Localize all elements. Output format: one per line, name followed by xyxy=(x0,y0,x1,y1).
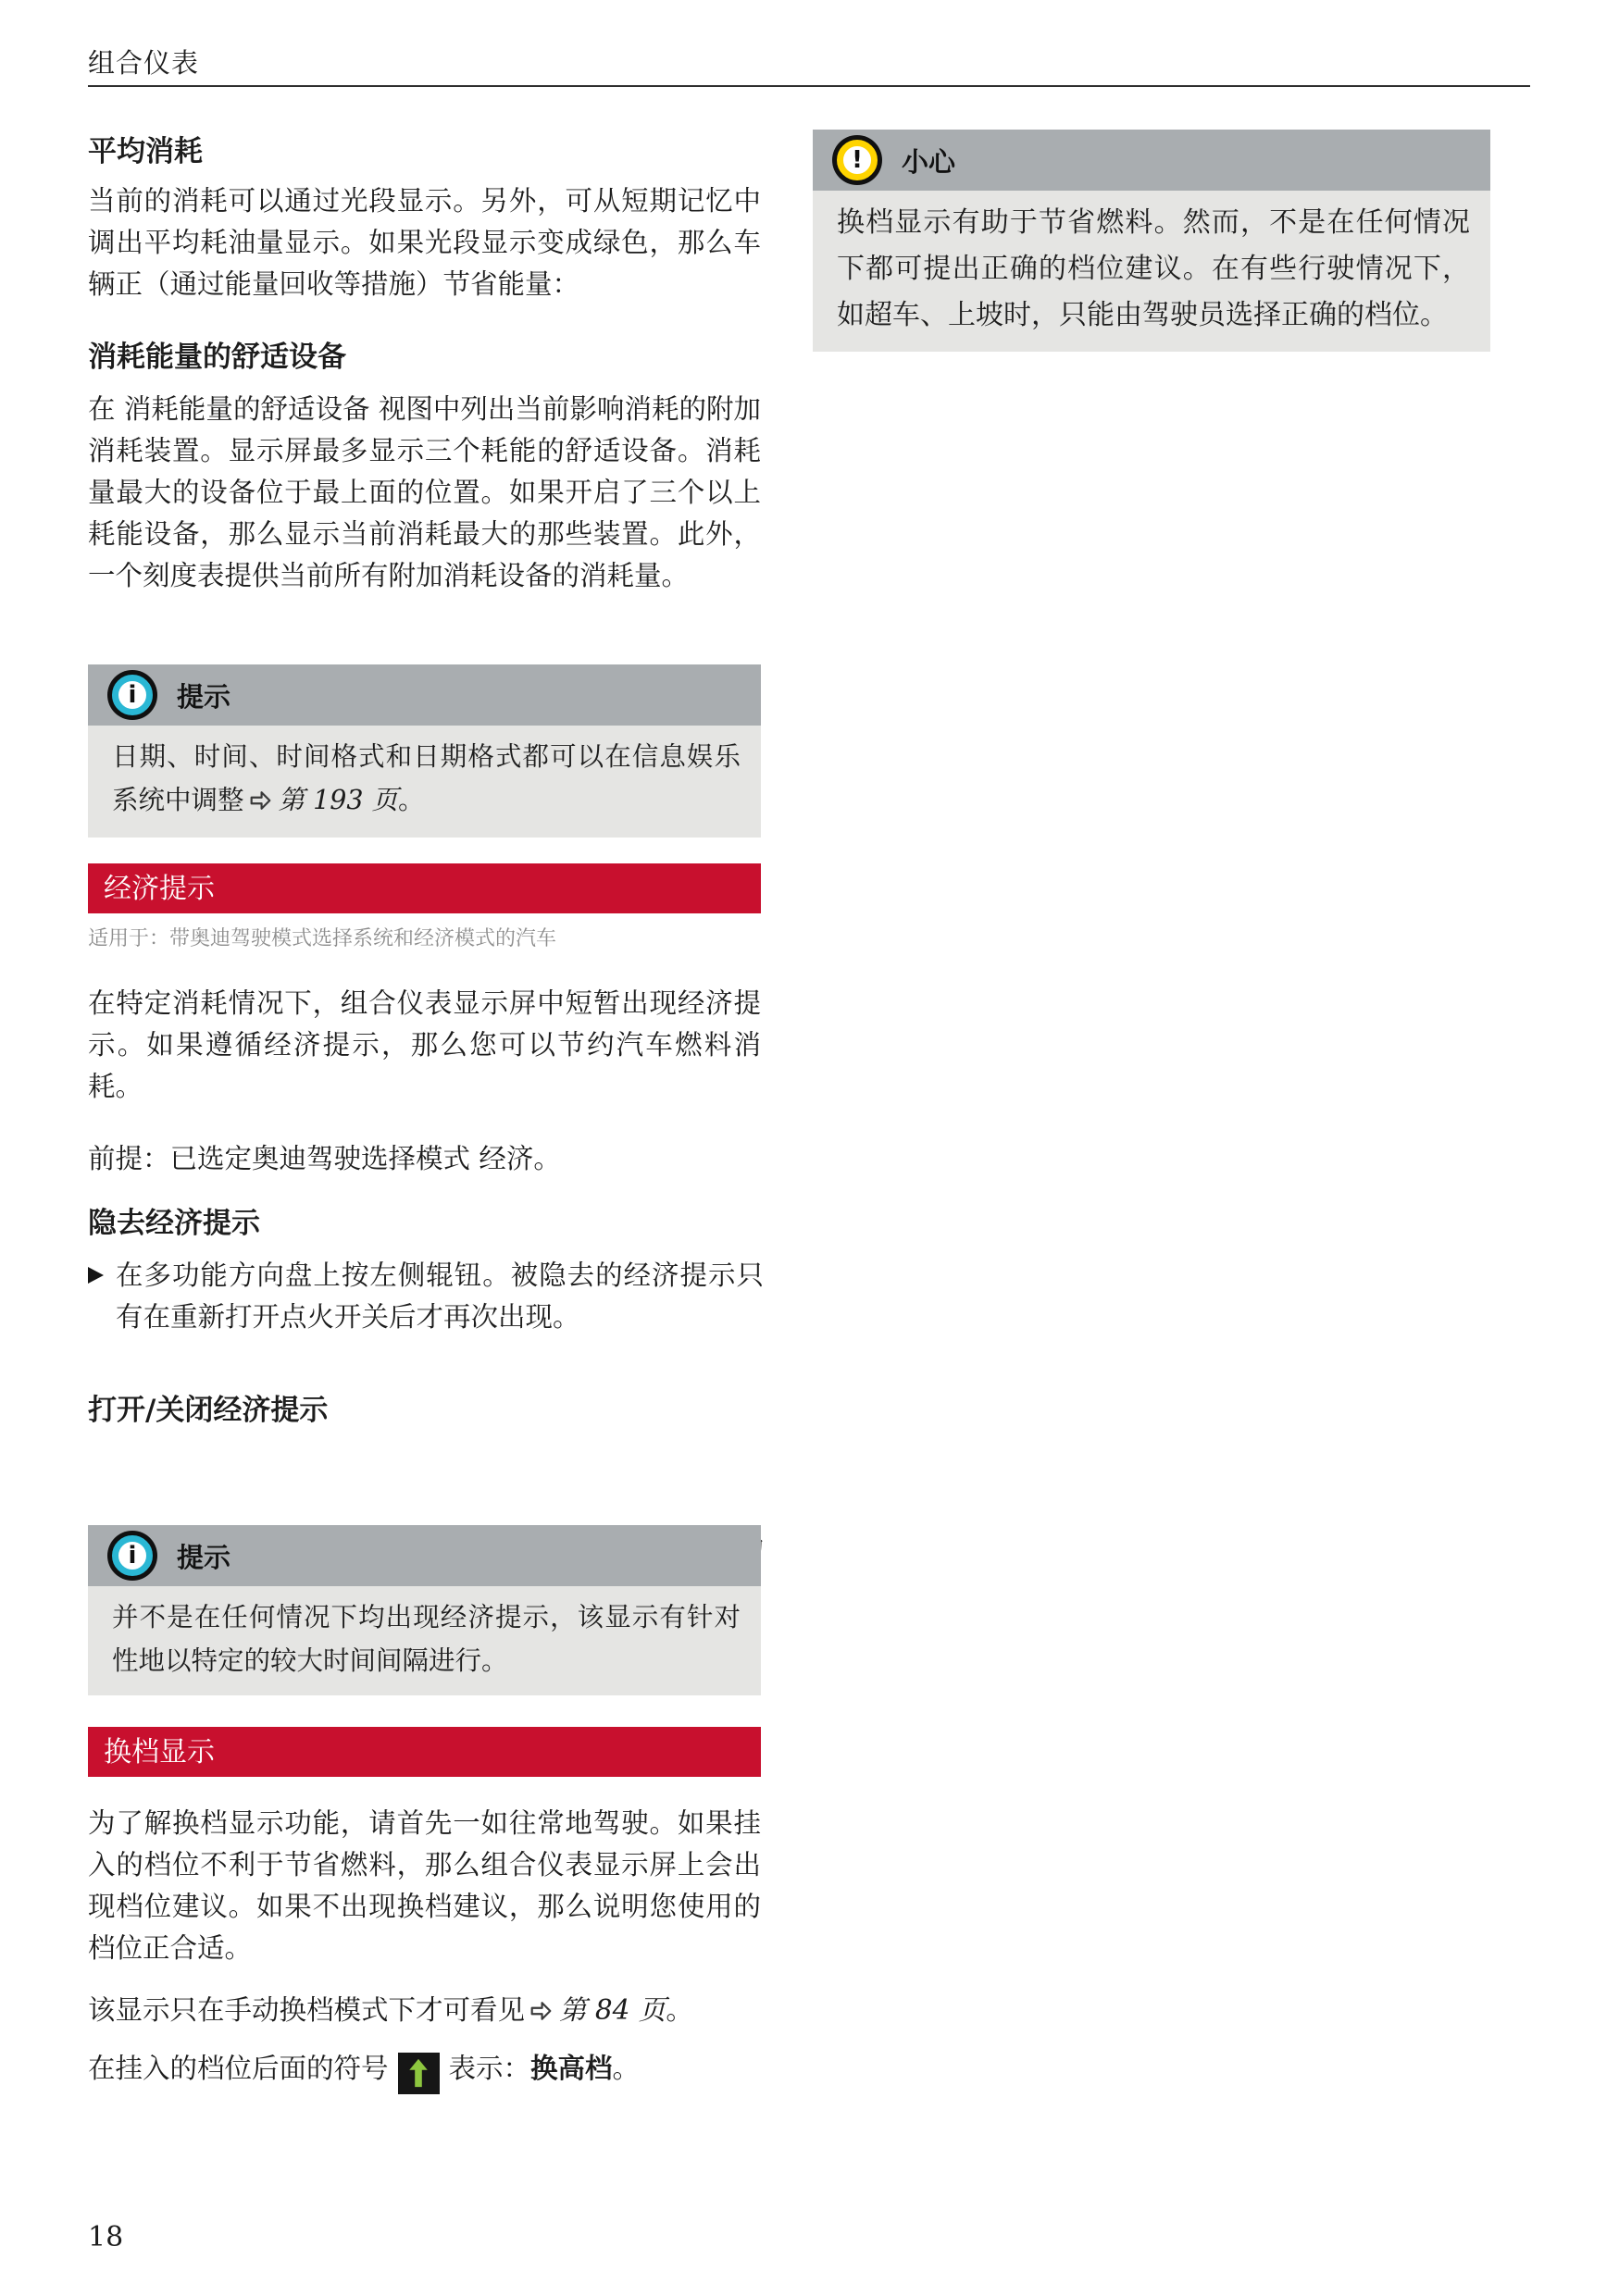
note-header: i 提示 xyxy=(88,664,761,726)
section-banner-eco-tips: 经济提示 xyxy=(88,863,761,913)
menu-item-reference: 消耗能量的舒适设备 xyxy=(124,393,370,425)
upshift-arrow-icon xyxy=(398,2053,440,2094)
info-icon: i xyxy=(112,675,153,715)
text-run: 在挂入的档位后面的符号 xyxy=(88,2053,389,2084)
bullet-hide-eco-tip: 在多功能方向盘上按左侧辊钮。被隐去的经济提示只有在重新打开点火开关后才再次出现。 xyxy=(88,1255,764,1338)
bullet-triangle-icon xyxy=(88,1267,104,1284)
caution-icon-glyph: ! xyxy=(852,148,863,172)
note-box-datetime: i 提示 日期、时间、时间格式和日期格式都可以在信息娱乐系统中调整第 193 页… xyxy=(88,664,761,838)
caution-title: 小心 xyxy=(902,142,955,180)
page-reference-arrow-icon xyxy=(529,1992,554,2034)
text-run: 前提：已选定奥迪驾驶选择模式 xyxy=(88,1143,479,1174)
subheading-hide-eco-tip: 隐去经济提示 xyxy=(88,1199,260,1241)
paragraph-shift-display: 为了解换档显示功能，请首先一如往常地驾驶。如果挂入的档位不利于节省燃料，那么组合… xyxy=(88,1803,761,1969)
paragraph-eco-tips: 在特定消耗情况下，组合仪表显示屏中短暂出现经济提示。如果遵循经济提示，那么您可以… xyxy=(88,983,761,1108)
paragraph-upshift-symbol: 在挂入的档位后面的符号表示：换高档。 xyxy=(88,2047,761,2094)
info-icon-glyph: i xyxy=(129,1544,137,1568)
paragraph-average-consumption: 当前的消耗可以通过光段显示。另外，可从短期记忆中调出平均耗油量显示。如果光段显示… xyxy=(88,180,761,305)
text-run: 日期、时间、时间格式和日期格式都可以在信息娱乐系统中调整 xyxy=(112,741,741,815)
note-body: 并不是在任何情况下均出现经济提示，该显示有针对性地以特定的较大时间间隔进行。 xyxy=(88,1586,761,1695)
caution-body: 换档显示有助于节省燃料。然而，不是在任何情况下都可提出正确的档位建议。在有些行驶… xyxy=(813,191,1490,352)
caution-exclamation-icon: ! xyxy=(837,140,878,180)
note-box-eco-frequency: i 提示 并不是在任何情况下均出现经济提示，该显示有针对性地以特定的较大时间间隔… xyxy=(88,1525,761,1695)
note-title: 提示 xyxy=(177,676,230,714)
manual-page: 组合仪表 平均消耗 当前的消耗可以通过光段显示。另外，可从短期记忆中调出平均耗油… xyxy=(0,0,1619,2296)
text-run: 。 xyxy=(613,2053,641,2084)
text-run: 。 xyxy=(533,1143,561,1174)
note-title: 提示 xyxy=(177,1537,230,1575)
page-number: 18 xyxy=(88,2221,123,2253)
menu-item-economy: 经济 xyxy=(479,1143,533,1174)
section-banner-shift-display: 换档显示 xyxy=(88,1727,761,1777)
note-header: i 提示 xyxy=(88,1525,761,1586)
info-icon: i xyxy=(112,1535,153,1576)
page-reference-arrow-icon xyxy=(248,781,273,825)
text-run: 。 xyxy=(666,1994,693,2026)
subheading-toggle-eco-tip: 打开/关闭经济提示 xyxy=(88,1386,328,1428)
caution-box-shift-display: ! 小心 换档显示有助于节省燃料。然而，不是在任何情况下都可提出正确的档位建议。… xyxy=(813,130,1490,352)
text-run: 在 xyxy=(88,393,124,425)
info-icon-glyph: i xyxy=(129,683,137,707)
paragraph-comfort-consumers: 在 消耗能量的舒适设备 视图中列出当前影响消耗的附加消耗装置。显示屏最多显示三个… xyxy=(88,389,761,597)
upshift-term: 换高档 xyxy=(530,2052,613,2084)
section-heading-average-consumption: 平均消耗 xyxy=(88,128,203,169)
applies-to-note: 适用于：带奥迪驾驶模式选择系统和经济模式的汽车 xyxy=(88,925,761,953)
note-body: 日期、时间、时间格式和日期格式都可以在信息娱乐系统中调整第 193 页。 xyxy=(88,726,761,838)
text-run: 。 xyxy=(398,785,425,815)
paragraph-manual-mode-visibility: 该显示只在手动换档模式下才可看见第 84 页。 xyxy=(88,1990,761,2034)
paragraph-premise: 前提：已选定奥迪驾驶选择模式 经济。 xyxy=(88,1138,761,1180)
page-reference-text: 第 193 页 xyxy=(279,785,399,815)
text-run: 表示： xyxy=(449,2053,531,2084)
text-run: 该显示只在手动换档模式下才可看见 xyxy=(88,1994,525,2026)
section-heading-comfort-consumers: 消耗能量的舒适设备 xyxy=(88,333,346,375)
page-reference-text: 第 84 页 xyxy=(559,1994,666,2026)
caution-header: ! 小心 xyxy=(813,130,1490,191)
bullet-text: 在多功能方向盘上按左侧辊钮。被隐去的经济提示只有在重新打开点火开关后才再次出现。 xyxy=(116,1260,764,1333)
left-column: 平均消耗 当前的消耗可以通过光段显示。另外，可从短期记忆中调出平均耗油量显示。如… xyxy=(88,0,761,167)
